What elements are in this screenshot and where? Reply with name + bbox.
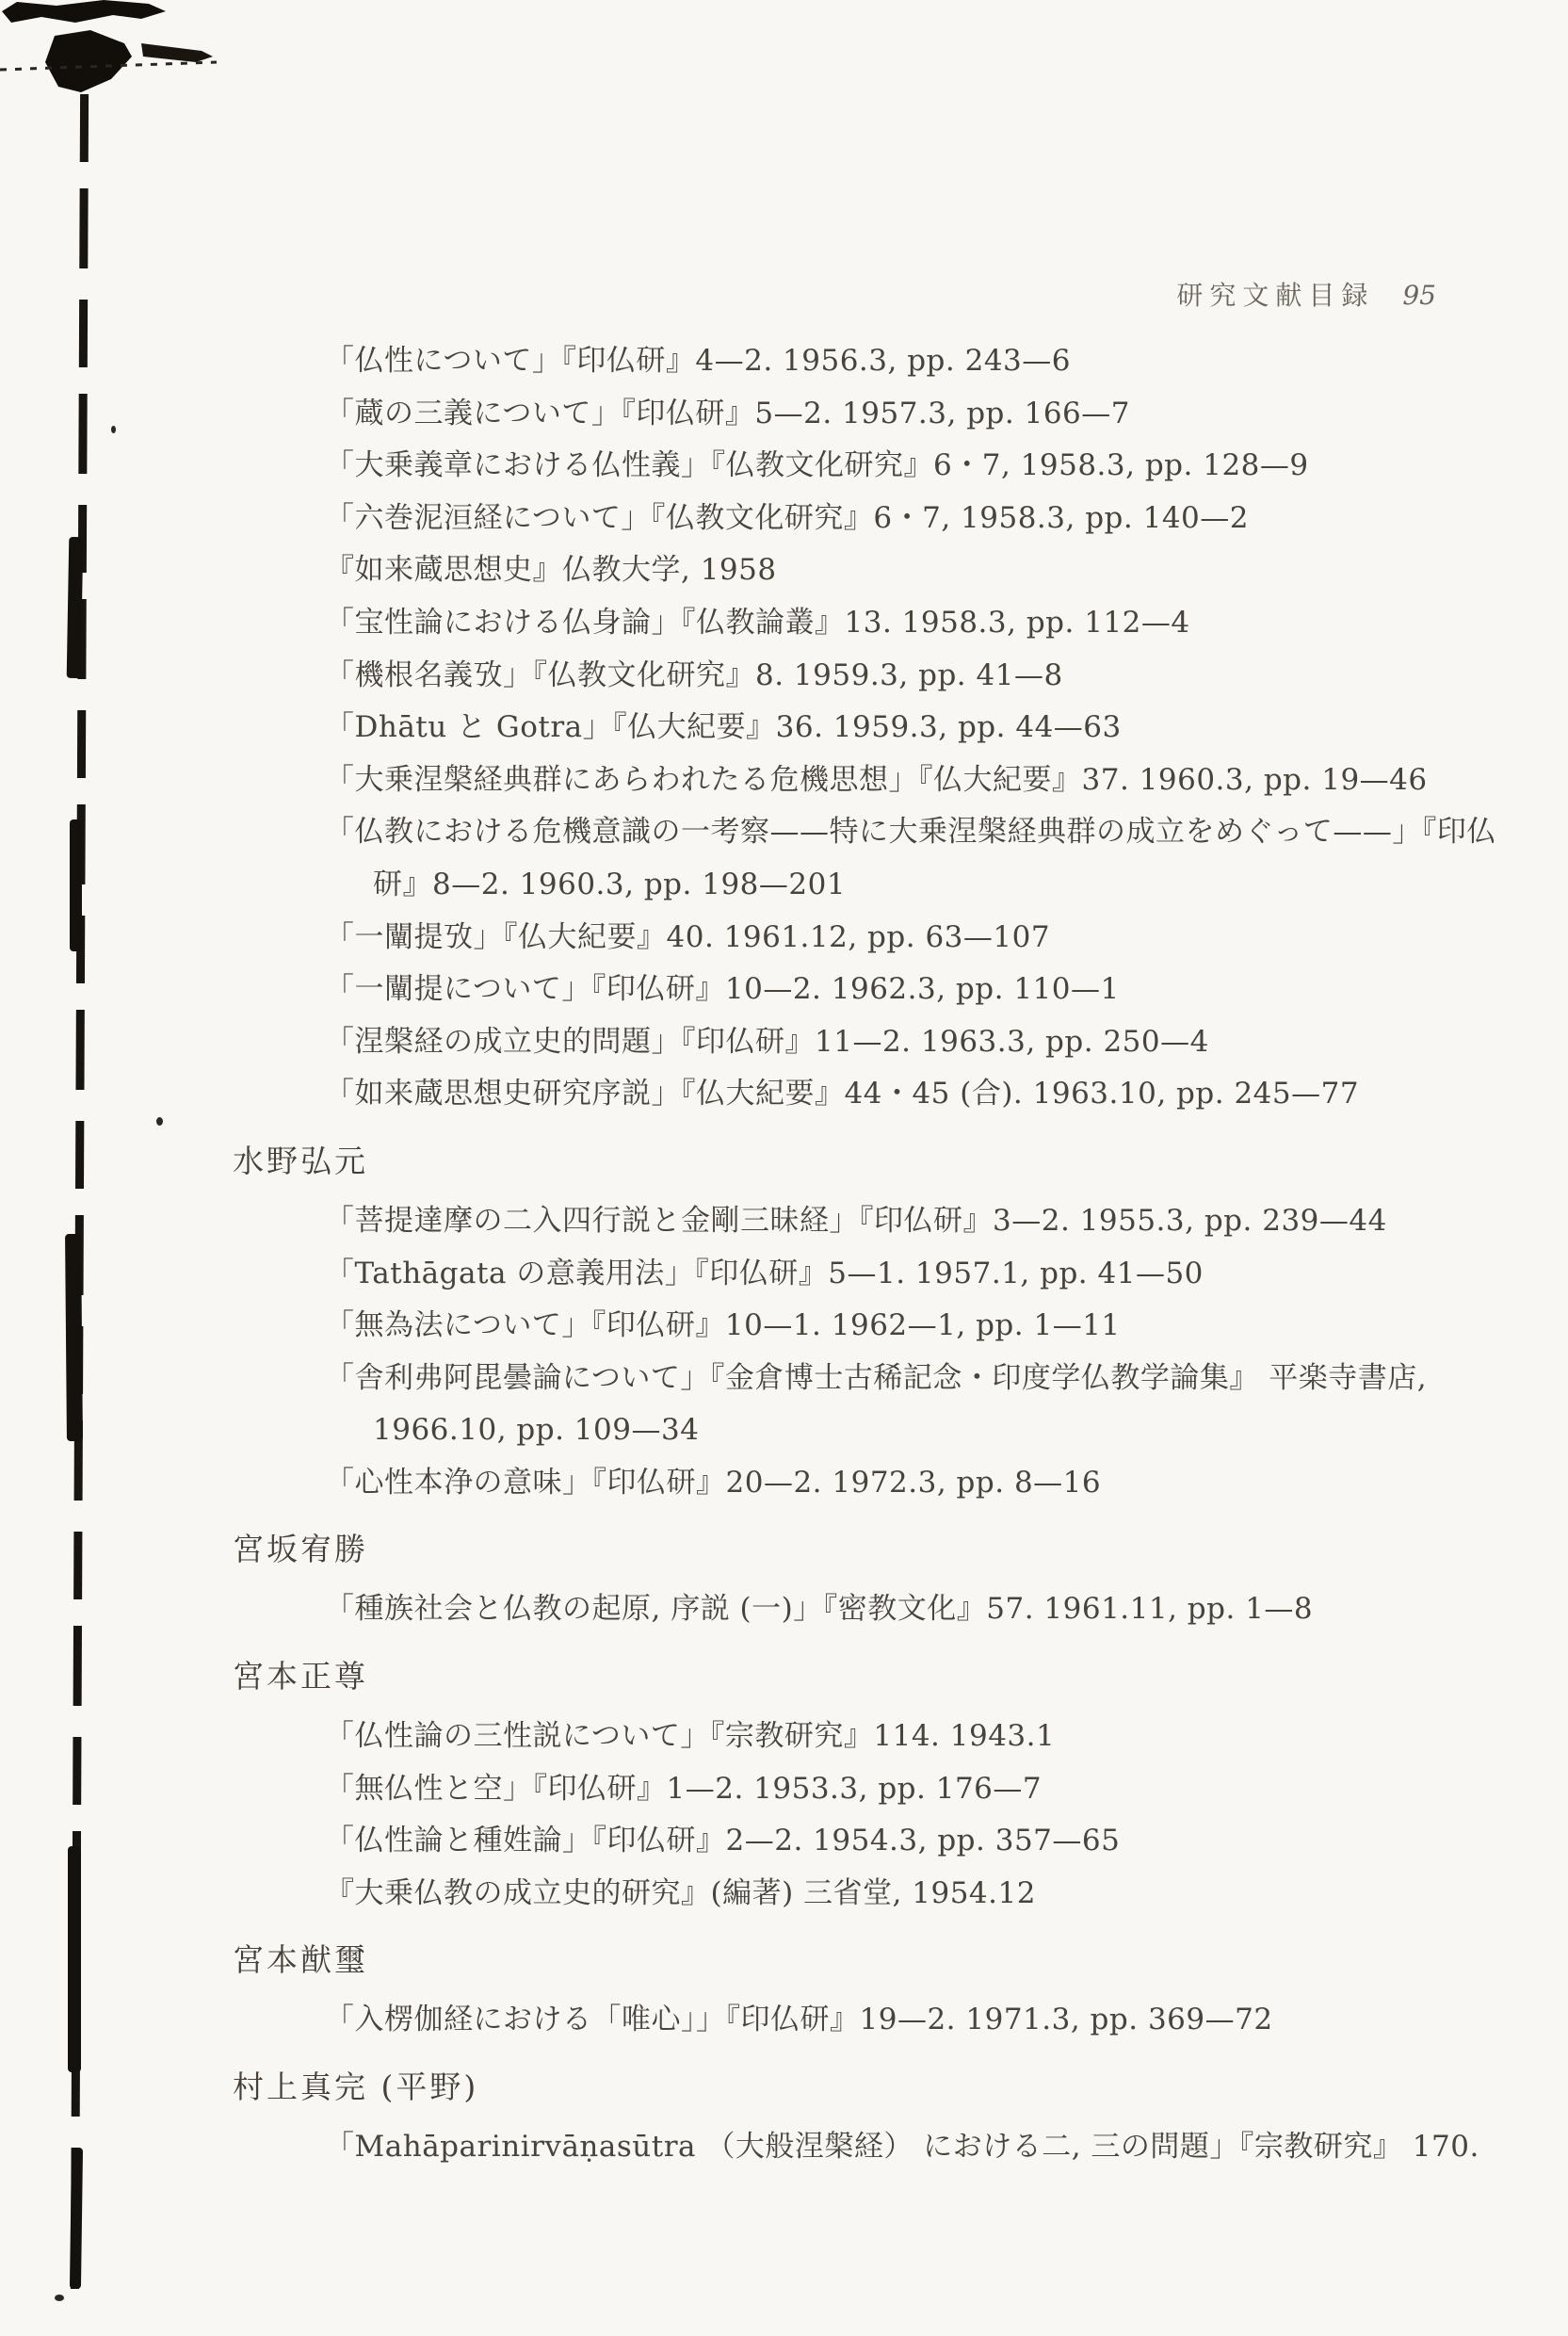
page-header: 研究文献目録95	[0, 275, 1436, 313]
bibliography-entry-line: 「仏性について」『印仏研』4—2. 1956.3, pp. 243—6	[325, 335, 1568, 388]
bibliography-entry-line: 「入楞伽経における「唯心」」『印仏研』19—2. 1971.3, pp. 369…	[325, 1994, 1568, 2047]
entry-continuation-line: 1966.10, pp. 109—34	[373, 1404, 1568, 1457]
author-heading: 宮本猷璽	[233, 1934, 1568, 1987]
bibliography-entry-line: 「舎利弗阿毘曇論について」『金倉博士古稀記念・印度学仏教学論集』 平楽寺書店,	[325, 1353, 1568, 1405]
scanned-page: 研究文献目録95 「仏性について」『印仏研』4—2. 1956.3, pp. 2…	[0, 0, 1568, 2336]
bibliography-entry-line: 『如来蔵思想史』仏教大学, 1958	[325, 544, 1568, 597]
bibliography-entry-line: 「仏性論と種姓論」『印仏研』2—2. 1954.3, pp. 357—65	[325, 1815, 1568, 1868]
bibliography-entry-line: 「無為法について」『印仏研』10—1. 1962—1, pp. 1—11	[325, 1300, 1568, 1353]
bibliography-entry-line: 「Tathāgata の意義用法」『印仏研』5—1. 1957.1, pp. 4…	[325, 1248, 1568, 1301]
bibliography-entry-line: 「無仏性と空」『印仏研』1—2. 1953.3, pp. 176—7	[325, 1763, 1568, 1816]
bibliography-entry-line: 「一闡提攷」『仏大紀要』40. 1961.12, pp. 63—107	[325, 912, 1568, 965]
bibliography-entry-line: 「蔵の三義について」『印仏研』5—2. 1957.3, pp. 166—7	[325, 388, 1568, 441]
bibliography-list: 「仏性について」『印仏研』4—2. 1956.3, pp. 243—6「蔵の三義…	[0, 335, 1568, 2174]
bibliography-entry-line: 「大乗義章における仏性義」『仏教文化研究』6・7, 1958.3, pp. 12…	[325, 440, 1568, 493]
bibliography-entry-line: 「菩提達摩の二入四行説と金剛三昧経」『印仏研』3—2. 1955.3, pp. …	[325, 1195, 1568, 1248]
bibliography-entry-line: 「如来蔵思想史研究序説」『仏大紀要』44・45 (合). 1963.10, pp…	[325, 1068, 1568, 1121]
author-heading: 村上真完 (平野)	[233, 2061, 1568, 2114]
bibliography-entry-line: 「種族社会と仏教の起原, 序説 (一)」『密教文化』57. 1961.11, p…	[325, 1583, 1568, 1636]
page-header-title: 研究文献目録	[1176, 280, 1374, 311]
ink-speck	[55, 2295, 64, 2301]
bibliography-entry-line: 「涅槃経の成立史的問題」『印仏研』11—2. 1963.3, pp. 250—4	[325, 1016, 1568, 1069]
bibliography-entry-line: 「Dhātu と Gotra」『仏大紀要』36. 1959.3, pp. 44—…	[325, 702, 1568, 754]
author-heading: 水野弘元	[233, 1135, 1568, 1188]
bibliography-entry-line: 「一闡提について」『印仏研』10—2. 1962.3, pp. 110—1	[325, 964, 1568, 1016]
author-heading: 宮坂宥勝	[233, 1523, 1568, 1576]
entry-continuation-line: 研』8—2. 1960.3, pp. 198—201	[373, 859, 1568, 912]
bibliography-entry-line: 「六巻泥洹経について」『仏教文化研究』6・7, 1958.3, pp. 140—…	[325, 493, 1568, 545]
ink-smudge-top-left-icon	[0, 0, 226, 141]
bibliography-entry-line: 「心性本浄の意味」『印仏研』20—2. 1972.3, pp. 8—16	[325, 1457, 1568, 1510]
bibliography-entry-line: 「宝性論における仏身論」『仏教論叢』13. 1958.3, pp. 112—4	[325, 597, 1568, 650]
author-heading: 宮本正尊	[233, 1650, 1568, 1703]
page-number: 95	[1402, 280, 1436, 311]
bibliography-entry-line: 「大乗涅槃経典群にあらわれたる危機思想」『仏大紀要』37. 1960.3, pp…	[325, 754, 1568, 807]
bibliography-entry-line: 『大乗仏教の成立史的研究』(編著) 三省堂, 1954.12	[325, 1868, 1568, 1921]
bibliography-entry-line: 「仏教における危機意識の一考察——特に大乗涅槃経典群の成立をめぐって——」『印仏	[325, 806, 1568, 859]
bibliography-entry-line: 「Mahāparinirvāṇasūtra （大般涅槃経） における二, 三の問…	[325, 2121, 1568, 2174]
bibliography-entry-line: 「仏性論の三性説について」『宗教研究』114. 1943.1	[325, 1711, 1568, 1763]
bibliography-entry-line: 「機根名義攷」『仏教文化研究』8. 1959.3, pp. 41—8	[325, 650, 1568, 703]
